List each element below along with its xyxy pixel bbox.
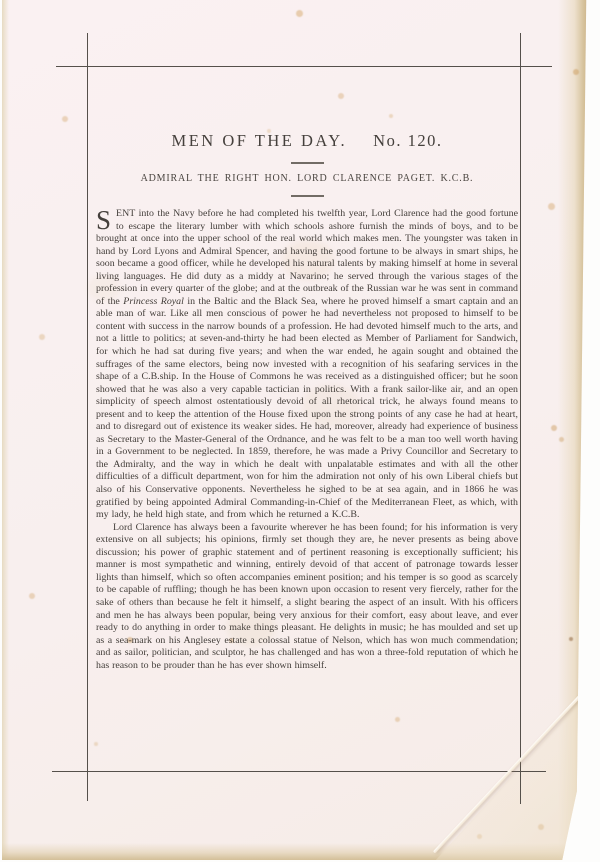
foxing-spot <box>62 116 68 122</box>
paragraph-1: SENT into the Navy before he had complet… <box>96 208 518 522</box>
paper-sheet: MEN OF THE DAY.No. 120. ADMIRAL THE RIGH… <box>2 0 588 860</box>
page-subtitle: ADMIRAL THE RIGHT HON. LORD CLARENCE PAG… <box>96 173 518 184</box>
divider-rule-bottom <box>291 195 324 197</box>
foxing-spot <box>569 637 573 641</box>
foxing-spot <box>39 334 45 340</box>
foxing-spot <box>551 425 557 431</box>
foxing-spot <box>29 593 35 599</box>
border-rule-right <box>520 33 521 804</box>
foxing-spot <box>573 69 579 75</box>
ship-name-italic: Princess Royal <box>123 296 184 307</box>
foxing-spot <box>548 203 555 210</box>
folded-corner <box>434 690 590 862</box>
border-rule-left <box>87 33 88 801</box>
page-content: MEN OF THE DAY.No. 120. ADMIRAL THE RIGH… <box>96 0 518 672</box>
border-rule-bottom <box>52 771 546 772</box>
page-title: MEN OF THE DAY.No. 120. <box>96 131 518 151</box>
foxing-spot <box>395 717 400 722</box>
title-text: MEN OF THE DAY. <box>172 131 348 150</box>
divider-rule-top <box>291 162 324 164</box>
document-scan: MEN OF THE DAY.No. 120. ADMIRAL THE RIGH… <box>0 0 600 862</box>
paragraph-2: Lord Clarence has always been a favourit… <box>96 522 518 673</box>
paragraph-1-text-cont: in the Baltic and the Black Sea, where h… <box>96 296 518 520</box>
issue-number: No. 120. <box>373 131 442 150</box>
paragraph-1-text: ENT into the Navy before he had complete… <box>96 208 518 307</box>
foxing-spot <box>94 742 98 746</box>
paper-edge-left <box>2 0 9 860</box>
foxing-spot <box>559 437 564 442</box>
dropcap-letter: S <box>96 208 116 231</box>
